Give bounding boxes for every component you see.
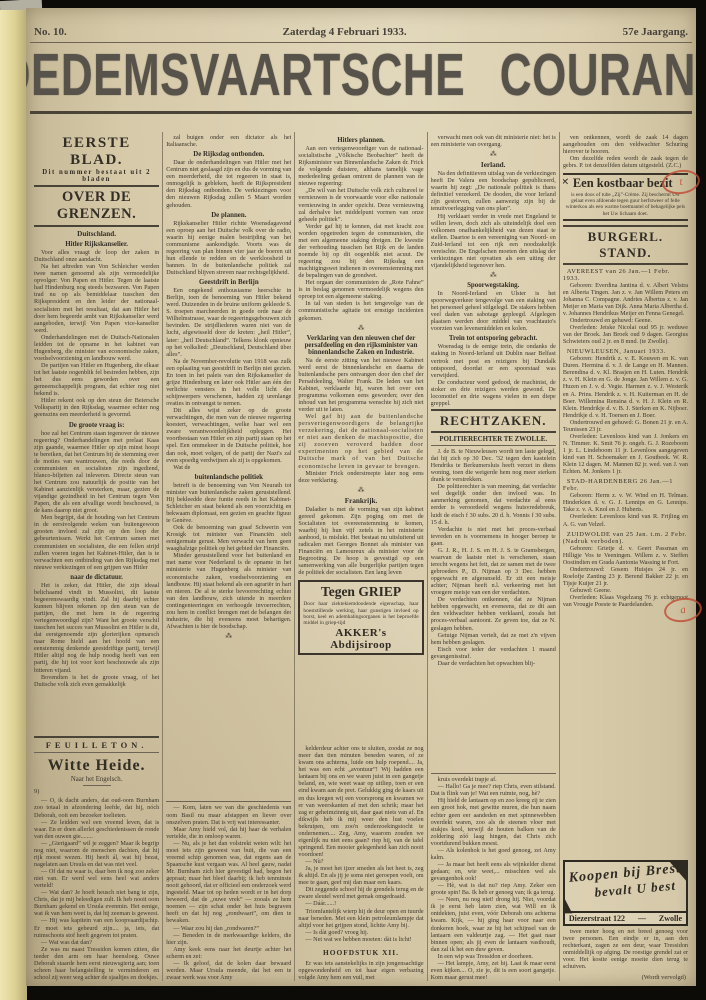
- paragraph: De partijen van Hitler en Hugenberg, die…: [34, 362, 159, 397]
- paragraph: — Ik geloof, dat de kolen daar bewaard w…: [166, 960, 291, 981]
- subhead-groote-vraag: De groote vraag is:: [34, 422, 159, 429]
- paragraph: De politierechter is van meening, dat ve…: [431, 483, 556, 525]
- title-rule: [30, 111, 692, 114]
- paragraph: Dit zeggende schoof hij de grendels teru…: [298, 886, 423, 900]
- headline-rechtzaken: RECHTZAKEN.: [431, 413, 556, 429]
- ad-griep-body: Door haar ziektekiemdoodende eigenschap,…: [303, 601, 418, 626]
- stand-entries: Geboren: Everdina Jantina d. v. Albert V…: [563, 282, 688, 346]
- feuilleton-subtitle: Naar het Engelsch.: [34, 776, 159, 783]
- paragraph: Woensdag is de eenige trein, die ondanks…: [431, 343, 556, 378]
- column-5-bottom: Koopen bij Brest bevalt U best Diezerstr…: [563, 857, 688, 981]
- ad-griep-brand: AKKER's Abdijsiroop: [303, 627, 418, 651]
- paragraph: Ja, je moet het ijzer smeden als het hee…: [298, 865, 423, 886]
- paragraph: — Hij was kapitein van een koopvaardijsc…: [34, 917, 159, 938]
- paragraph: Daladier is met de vorming van zijn kabi…: [298, 506, 423, 577]
- stand-location-avereest: AVEREEST van 26 Jan.—1 Febr. 1933.: [563, 268, 688, 282]
- paragraph: — Kom, laten we van die geschiedenis van…: [166, 804, 291, 825]
- divider: [431, 445, 556, 446]
- paragraph: Ondertrouwd en gehuwd: Geene.: [563, 317, 688, 324]
- divider: [431, 773, 556, 774]
- paragraph: Na de November-revolutie van 1918 was zu…: [166, 358, 291, 407]
- paragraph: Dit alles wijst zeker op de groote verwa…: [166, 407, 291, 464]
- ornament: ⁂: [431, 271, 556, 279]
- paragraph: Daar de verdachten het opwachten blij-: [431, 660, 556, 667]
- paragraph: Geboren: Grietje d. v. Geert Passman en …: [563, 545, 688, 566]
- feuilleton-text: kelderdeur achter ons te sluiten, zoodat…: [298, 745, 423, 943]
- paragraph: — Dáár......!: [298, 900, 423, 907]
- paragraph: verwacht men ook van dit ministerie niet…: [431, 134, 556, 148]
- divider: [431, 431, 556, 433]
- column-4: verwacht men ook van dit ministerie niet…: [427, 132, 559, 981]
- to-be-continued: (Wordt vervolgd): [563, 974, 686, 981]
- divider: [166, 801, 291, 802]
- subhead-rijksdag-ontbonden: De Rijksdag ontbonden.: [166, 151, 291, 158]
- paragraph: — Of dat nu waar is, daar ben ik nog zoo…: [34, 868, 159, 889]
- feuilleton-text: — Kom, laten we van die geschiedenis van…: [166, 804, 291, 981]
- newspaper-title: DEDEMSVAARTSCHE COURANT: [26, 43, 696, 109]
- paragraph: Verdachte is niet met het proces-verbaal…: [431, 526, 556, 547]
- paragraph: — Net wat we hebben moeten: dàt is licht…: [298, 936, 423, 943]
- section-duitschland: Duitschland.: [34, 230, 159, 238]
- paragraph: Rijkskanselier Hitler richtte Woensdagav…: [166, 220, 291, 277]
- issue-date: Zaterdag 4 Februari 1933.: [283, 26, 407, 38]
- feuilleton-part-number: 9): [34, 788, 159, 795]
- ad-brest-dash: —: [638, 914, 646, 923]
- paragraph: Hij verklaart verder in vrede met Engela…: [431, 213, 556, 270]
- pencil-mark-glyph: a: [679, 604, 686, 617]
- cross-ornament-icon: ✕: [563, 177, 569, 188]
- paragraph: — Als kolenhok is het goed genoeg, zei A…: [431, 847, 556, 861]
- divider: [83, 785, 111, 786]
- paragraph: twee meter hoog en net breed genoeg voor…: [563, 928, 688, 970]
- paragraph: Ook de benoeming van graaf Schwerin von …: [166, 524, 291, 552]
- newspaper-title-band: DEDEMSVAARTSCHE COURANT: [26, 43, 696, 109]
- article-body: betreft is de benoeming van Von Neurath …: [166, 482, 291, 630]
- article-body: Een ongekend enthousiasme heerschte in B…: [166, 287, 291, 464]
- ad-griep-title: Tegen GRIEP: [303, 584, 418, 600]
- headline-over-de-grenzen: OVER DE GRENZEN.: [34, 189, 159, 223]
- divider: [34, 225, 159, 227]
- article-body: Voor alles vraagt de loop der zaken in D…: [34, 249, 159, 419]
- paragraph: — Wat dan? Je hoeft heusch niet bang te …: [34, 889, 159, 917]
- paragraph: — „Gierigaard” wil je zeggen? Maar ik be…: [34, 840, 159, 868]
- divider: [563, 263, 688, 265]
- paragraph: Geboren: Everdina Jantina d. v. Albert V…: [563, 282, 688, 317]
- stand-location-stad-hardenberg: STAD-HARDENBERG 26 Jan.—1 Febr.: [563, 478, 688, 492]
- subhead-hitlers-plannen: Hitlers plannen.: [298, 137, 423, 144]
- divider: [431, 409, 556, 411]
- ad-brest-address: Diezerstraat 122 — Zwolle: [565, 911, 686, 924]
- paragraph: betreft is de benoeming van Von Neurath …: [166, 482, 291, 524]
- paragraph: Onderhandelingen met de Duitsch-National…: [34, 334, 159, 362]
- subhead-trein-ontsporing: Trein tot ontsporing gebracht.: [431, 335, 556, 342]
- article-body: Het is zeker, dat Hitler, die zijn ideaa…: [34, 582, 159, 688]
- paragraph: Eisch voor ieder der verdachten 1 maand …: [431, 646, 556, 660]
- paragraph: De verdachten ontkennen, dat ze Nijman h…: [431, 596, 556, 631]
- paragraph: Ondertrouwd en gehuwd: G. Bonen 21 jr. e…: [563, 419, 688, 433]
- paragraph: Na den definitieven uitslag van de verki…: [431, 170, 556, 212]
- volume: 57e Jaargang.: [623, 26, 688, 38]
- paragraph: hoe zal het Centrum staan tegenover de n…: [34, 430, 159, 515]
- paragraph: — Het lampje, Amy, zei hij. Laat ik maar…: [431, 960, 556, 981]
- paragraph: Aan een vertegenwoordiger van de nationa…: [298, 145, 423, 187]
- subhead-verklaring-persafdeeling: Verklaring van den nieuwen chef der pers…: [298, 335, 423, 356]
- paragraph: — Hè, wat is dat nu? riep Amy. Zeker een…: [431, 882, 556, 896]
- stand-entries: Geboren: Grietje d. v. Geert Passman en …: [563, 545, 688, 609]
- paragraph: — O, ik dacht anders, dat oud-oom Burnha…: [34, 797, 159, 818]
- paragraph: Bovendien is het de groote vraag, of het…: [34, 674, 159, 688]
- paragraph: Hij hield de lantaarn op en zoo kreeg zi…: [431, 797, 556, 846]
- ad-brest-zwolle: Koopen bij Brest bevalt U best Diezerstr…: [563, 860, 688, 926]
- paragraph: Men begrijpt, dat de houding van het Cen…: [34, 514, 159, 571]
- masthead-row: No. 10. Zaterdag 4 Februari 1933. 57e Ja…: [26, 8, 696, 38]
- photographed-newspaper-page: { "masthead": { "issue_no": "No. 10.", "…: [0, 0, 706, 1000]
- feuilleton-continuation: kruis overdekt trapje af.— Hallo! Ga je …: [431, 771, 556, 981]
- section-frankrijk: Frankrijk.: [298, 497, 423, 505]
- paragraph: zal buigen onder een dictator als het It…: [166, 134, 291, 148]
- article-body: Woensdag is de eenige trein, die ondanks…: [431, 343, 556, 407]
- column-1-articles: EERSTE BLAD. Dit nummer bestaat uit 2 bl…: [34, 134, 159, 734]
- paragraph: Na de eerste zitting van het nieuwe Kabi…: [298, 357, 423, 414]
- paragraph: Hitler rekent ook op den steun der Beier…: [34, 397, 159, 418]
- stand-entries: Geboren: Herm z. v. W. Wind en H. Telman…: [563, 492, 688, 527]
- divider: [563, 225, 688, 227]
- feuilleton-continuation: kelderdeur achter ons te sluiten, zoodat…: [298, 745, 423, 981]
- paragraph: — Ze leidden wel een vreemd leven, dat i…: [34, 819, 159, 840]
- paragraph: Minder geruststellend voor het buitenlan…: [166, 552, 291, 630]
- paragraph: Maar Amy hield vol, dat hij haar de verh…: [166, 826, 291, 840]
- subhead-geestdrift-berlijn: Geestdrift in Berlijn: [166, 279, 291, 286]
- issue-number: No. 10.: [34, 26, 67, 38]
- paragraph: — Neen, nu nog niet! drong hij. Niet, vo…: [431, 896, 556, 953]
- newspaper-page: No. 10. Zaterdag 4 Februari 1933. 57e Ja…: [26, 8, 696, 986]
- ad-brest-slogan: Koopen bij Brest bevalt U best: [564, 860, 688, 902]
- paragraph: Gehuwd: Geene.: [563, 587, 688, 594]
- paragraph: J. de B. te Nieuwleusen wordt ten laste …: [431, 448, 556, 483]
- paragraph: De conducteur werd gedood, de machinist,…: [431, 379, 556, 407]
- paragraph: — Beneden in de merkwaardige kelders, di…: [166, 932, 291, 946]
- pencil-mark-glyph: t: [679, 176, 684, 188]
- paragraph: kruis overdekt trapje af.: [431, 776, 556, 783]
- paragraph: In Noord-Ierland en Ulster is het spoorw…: [431, 290, 556, 332]
- paragraph: Triomfantelijk wierp hij de deur open en…: [298, 908, 423, 929]
- column-5-articles: ven ontkennen, wordt de zaak 14 dagen aa…: [563, 134, 688, 857]
- paragraph: Het is zeker, dat Hitler, die zijn ideaa…: [34, 582, 159, 674]
- ornament: ⁂: [298, 324, 423, 332]
- subhead-de-plannen: De plannen.: [166, 212, 291, 219]
- feuilleton-continuation: — Kom, laten we van die geschiedenis van…: [166, 799, 291, 981]
- first-sheet-title: EERSTE BLAD.: [34, 135, 159, 169]
- paragraph: In een wip was Tressidon er doorheen.: [431, 953, 556, 960]
- ad-bezit-body: is een doos of tube „Zij”-Crème. Zij bes…: [565, 192, 686, 216]
- paragraph: Er was iets aanstekelijks in zijn jongen…: [298, 960, 423, 981]
- divider: [34, 752, 159, 753]
- feuilleton-text: twee meter hoog en net breed genoeg voor…: [563, 928, 688, 970]
- paragraph: Ze was nu naast Tressidon komen zitten, …: [34, 946, 159, 981]
- paragraph: „De wil van het Duitsche volk zich cultu…: [298, 187, 423, 222]
- feuilleton-header-block: FEUILLETON. Witte Heide. Naar het Engels…: [34, 734, 159, 981]
- ornament: ⁂: [166, 632, 291, 640]
- article-body: ven ontkennen, wordt de zaak 14 dagen aa…: [563, 134, 688, 169]
- column-4-articles: verwacht men ook van dit ministerie niet…: [431, 134, 556, 771]
- stand-location-zuidwolde: ZUIDWOLDE van 25 Jan. t.m. 2 Febr. (Nadr…: [563, 531, 688, 545]
- paragraph: Overleden: Levenloos kind van J. Jonkers…: [563, 433, 688, 475]
- column-1: EERSTE BLAD. Dit nummer bestaat uit 2 bl…: [31, 132, 162, 981]
- ornament: ⁂: [431, 150, 556, 158]
- section-ierland: Ierland.: [431, 161, 556, 169]
- ad-brest-street: Diezerstraat 122: [569, 914, 625, 923]
- book-page-edge: [0, 10, 27, 1000]
- paragraph: — Ja maar het heeft eens als wijnkelder …: [431, 861, 556, 882]
- paragraph: Ondertrouwd: Gosem Huisjes 24 jr. en Roe…: [563, 566, 688, 587]
- feuilleton-text: — O, ik dacht anders, dat oud-oom Burnha…: [34, 797, 159, 981]
- column-5: ven ontkennen, wordt de zaak 14 dagen aa…: [559, 132, 691, 981]
- paragraph: Het orgaan der communisten de „Rote Fahn…: [298, 279, 423, 300]
- paragraph: Daar de onderhandelingen van Hitler met …: [166, 159, 291, 208]
- paragraph: — Nù?: [298, 858, 423, 865]
- feuilleton-title: Witte Heide.: [34, 757, 159, 775]
- stand-entries: Geboren: Hendrik z. v. E. Kouwen en K. v…: [563, 355, 688, 475]
- divider: [34, 736, 159, 738]
- paragraph: — Wat was dat dan?: [34, 939, 159, 946]
- paragraph: Om dezelfde reden wordt de zaak tegen de…: [563, 155, 688, 169]
- subhead-dictatuur: naar de dictatuur.: [34, 574, 159, 581]
- paragraph: — Is dàt goed? vroeg hij.: [298, 929, 423, 936]
- column-2: zal buigen onder een dictator als het It…: [162, 132, 294, 981]
- paragraph: — Nu, als je het dan volstrekt weten wil…: [166, 840, 291, 925]
- feuilleton-label: FEUILLETON.: [34, 740, 159, 750]
- column-3-articles: Hitlers plannen. Aan een vertegenwoordig…: [298, 134, 423, 745]
- lead-line: Wat de: [166, 464, 291, 471]
- divider: [34, 185, 159, 187]
- article-body: Aan een vertegenwoordiger van de nationa…: [298, 145, 423, 322]
- ad-brest-city: Zwolle: [659, 914, 682, 923]
- chapter-heading: HOOFDSTUK XII.: [298, 948, 423, 957]
- paragraph: G. J. R., H. J. S. en H. J. S. te Gramsb…: [431, 547, 556, 596]
- paragraph: In tal van steden is het tengevolge van …: [298, 300, 423, 321]
- paragraph: Geboren: Herm z. v. W. Wind en H. Telman…: [563, 492, 688, 513]
- subhead-spoorwegstaking: Spoorwegstaking.: [431, 282, 556, 289]
- feuilleton-text: kruis overdekt trapje af.— Hallo! Ga je …: [431, 776, 556, 981]
- first-sheet-subtitle: Dit nummer bestaat uit 2 bladen: [34, 169, 159, 183]
- paragraph: Voor alles vraagt de loop der zaken in D…: [34, 249, 159, 263]
- paragraph: Getuige Nijman vertelt, dat ze met z'n v…: [431, 632, 556, 646]
- paragraph: Overleden: Levenloos kind van R. Frijlin…: [563, 513, 688, 527]
- paragraph: — Hallo! Ga je mee? riep Chris, even sti…: [431, 783, 556, 797]
- column-2-articles: zal buigen onder een dictator als het It…: [166, 134, 291, 799]
- article-body: J. de B. te Nieuwleusen wordt ten laste …: [431, 448, 556, 667]
- paragraph: Een ongekend enthousiasme heerschte in B…: [166, 287, 291, 358]
- article-body: Na den definitieven uitslag van de verki…: [431, 170, 556, 269]
- paragraph: Overleden: Jetske Nicolai oud 95 jr. wed…: [563, 324, 688, 345]
- ornament: ⁂: [298, 486, 423, 494]
- paragraph: Minister Frick onderstreepte later nog e…: [298, 470, 423, 484]
- paragraph: — Waar zou hij dan „rondwaren?”: [166, 925, 291, 932]
- article-body: hoe zal het Centrum staan tegenover de n…: [34, 430, 159, 571]
- ad-akkers-abdijsiroop: Tegen GRIEP Door haar ziektekiemdoodende…: [298, 580, 423, 655]
- column-3: Hitlers plannen. Aan een vertegenwoordig…: [294, 132, 426, 981]
- column-grid: EERSTE BLAD. Dit nummer bestaat uit 2 bl…: [31, 132, 691, 981]
- paragraph: Geboren: Hendrik z. v. E. Kouwen en K. v…: [563, 355, 688, 419]
- paragraph: Amy keek eens naar het deurtje achter he…: [166, 946, 291, 960]
- stand-location-nieuwleusen: NIEUWLEUSEN, Januari 1933.: [563, 348, 688, 355]
- subhead-politierechter-zwolle: POLITIERECHTER TE ZWOLLE.: [431, 436, 556, 443]
- headline-burgerlijke-stand: BURGERL. STAND.: [563, 229, 688, 261]
- paragraph: Na het aftreden van Von Schleicher werde…: [34, 263, 159, 334]
- subhead-hitler-rijkskanselier: Hitler Rijkskanselier.: [34, 241, 159, 248]
- paragraph: ven ontkennen, wordt de zaak 14 dagen aa…: [563, 134, 688, 155]
- paragraph: kelderdeur achter ons te sluiten, zoodat…: [298, 745, 423, 858]
- paragraph: Verder gaf hij te kennen, dat met kracht…: [298, 223, 423, 280]
- paragraph-emphasized: Wel gaf hij aan de buitenlandsche persve…: [298, 413, 423, 470]
- subhead-buitenlandsche-politiek: buitenlandsche politiek: [166, 474, 291, 481]
